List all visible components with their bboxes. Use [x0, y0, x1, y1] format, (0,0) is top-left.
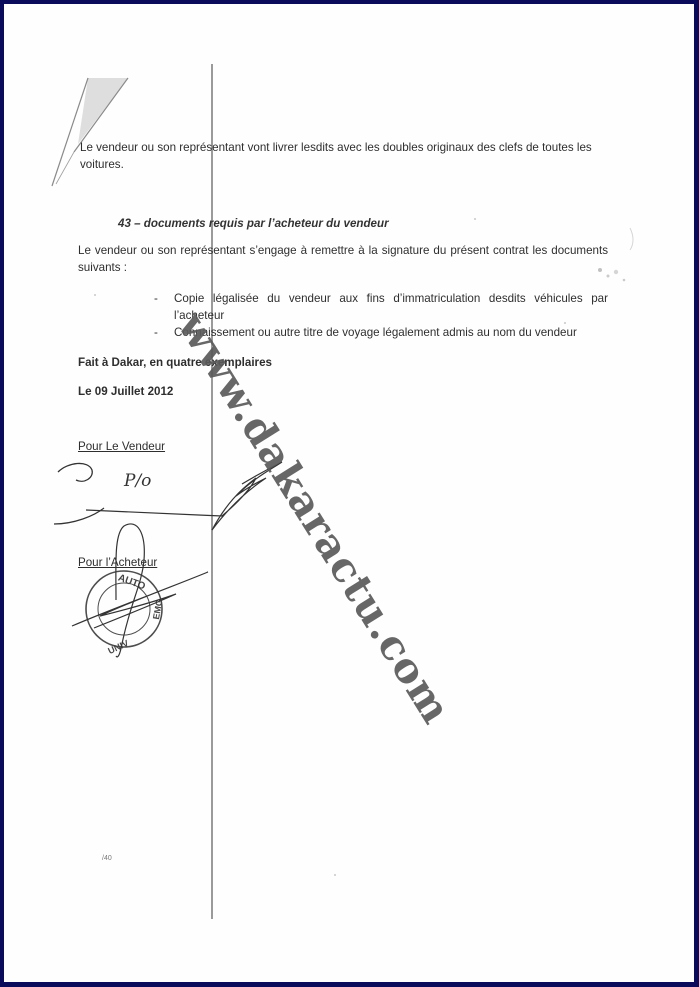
svg-text:EMG: EMG [151, 598, 164, 620]
seller-signature-hook [58, 463, 92, 481]
scan-speck [94, 294, 96, 296]
scan-speck [334, 874, 336, 876]
scan-fold-mark-icon [48, 74, 138, 194]
company-stamp: AUTO UNIV EMG [86, 571, 164, 656]
seller-signature-label: Pour Le Vendeur [78, 438, 165, 455]
buyer-signature [72, 572, 208, 628]
list-item-text: Connaissement ou autre titre de voyage l… [174, 324, 608, 341]
list-item-text: Copie légalisée du vendeur aux fins d’im… [174, 290, 608, 324]
page-marker: /40 [102, 855, 112, 862]
date-line: Le 09 Juillet 2012 [78, 383, 173, 400]
document-page: Le vendeur ou son représentant vont livr… [4, 4, 695, 983]
section-43-intro: Le vendeur ou son représentant s’engage … [78, 242, 608, 276]
bullet-dash: - [154, 290, 174, 324]
section-heading-43: 43 – documents requis par l’acheteur du … [118, 215, 389, 232]
seller-initials: P/o [123, 471, 151, 491]
page-frame: Le vendeur ou son représentant vont livr… [0, 0, 699, 987]
list-item: - Copie légalisée du vendeur aux fins d’… [154, 290, 608, 324]
svg-text:AUTO: AUTO [116, 573, 146, 593]
keys-paragraph: Le vendeur ou son représentant vont livr… [80, 139, 610, 173]
seller-signature [86, 462, 282, 530]
buyer-signature-label: Pour l’Acheteur [78, 554, 157, 571]
scan-speck [474, 218, 476, 220]
svg-text:UNIV: UNIV [106, 638, 130, 656]
scan-fold-line [211, 64, 213, 919]
scan-speck [564, 322, 566, 324]
